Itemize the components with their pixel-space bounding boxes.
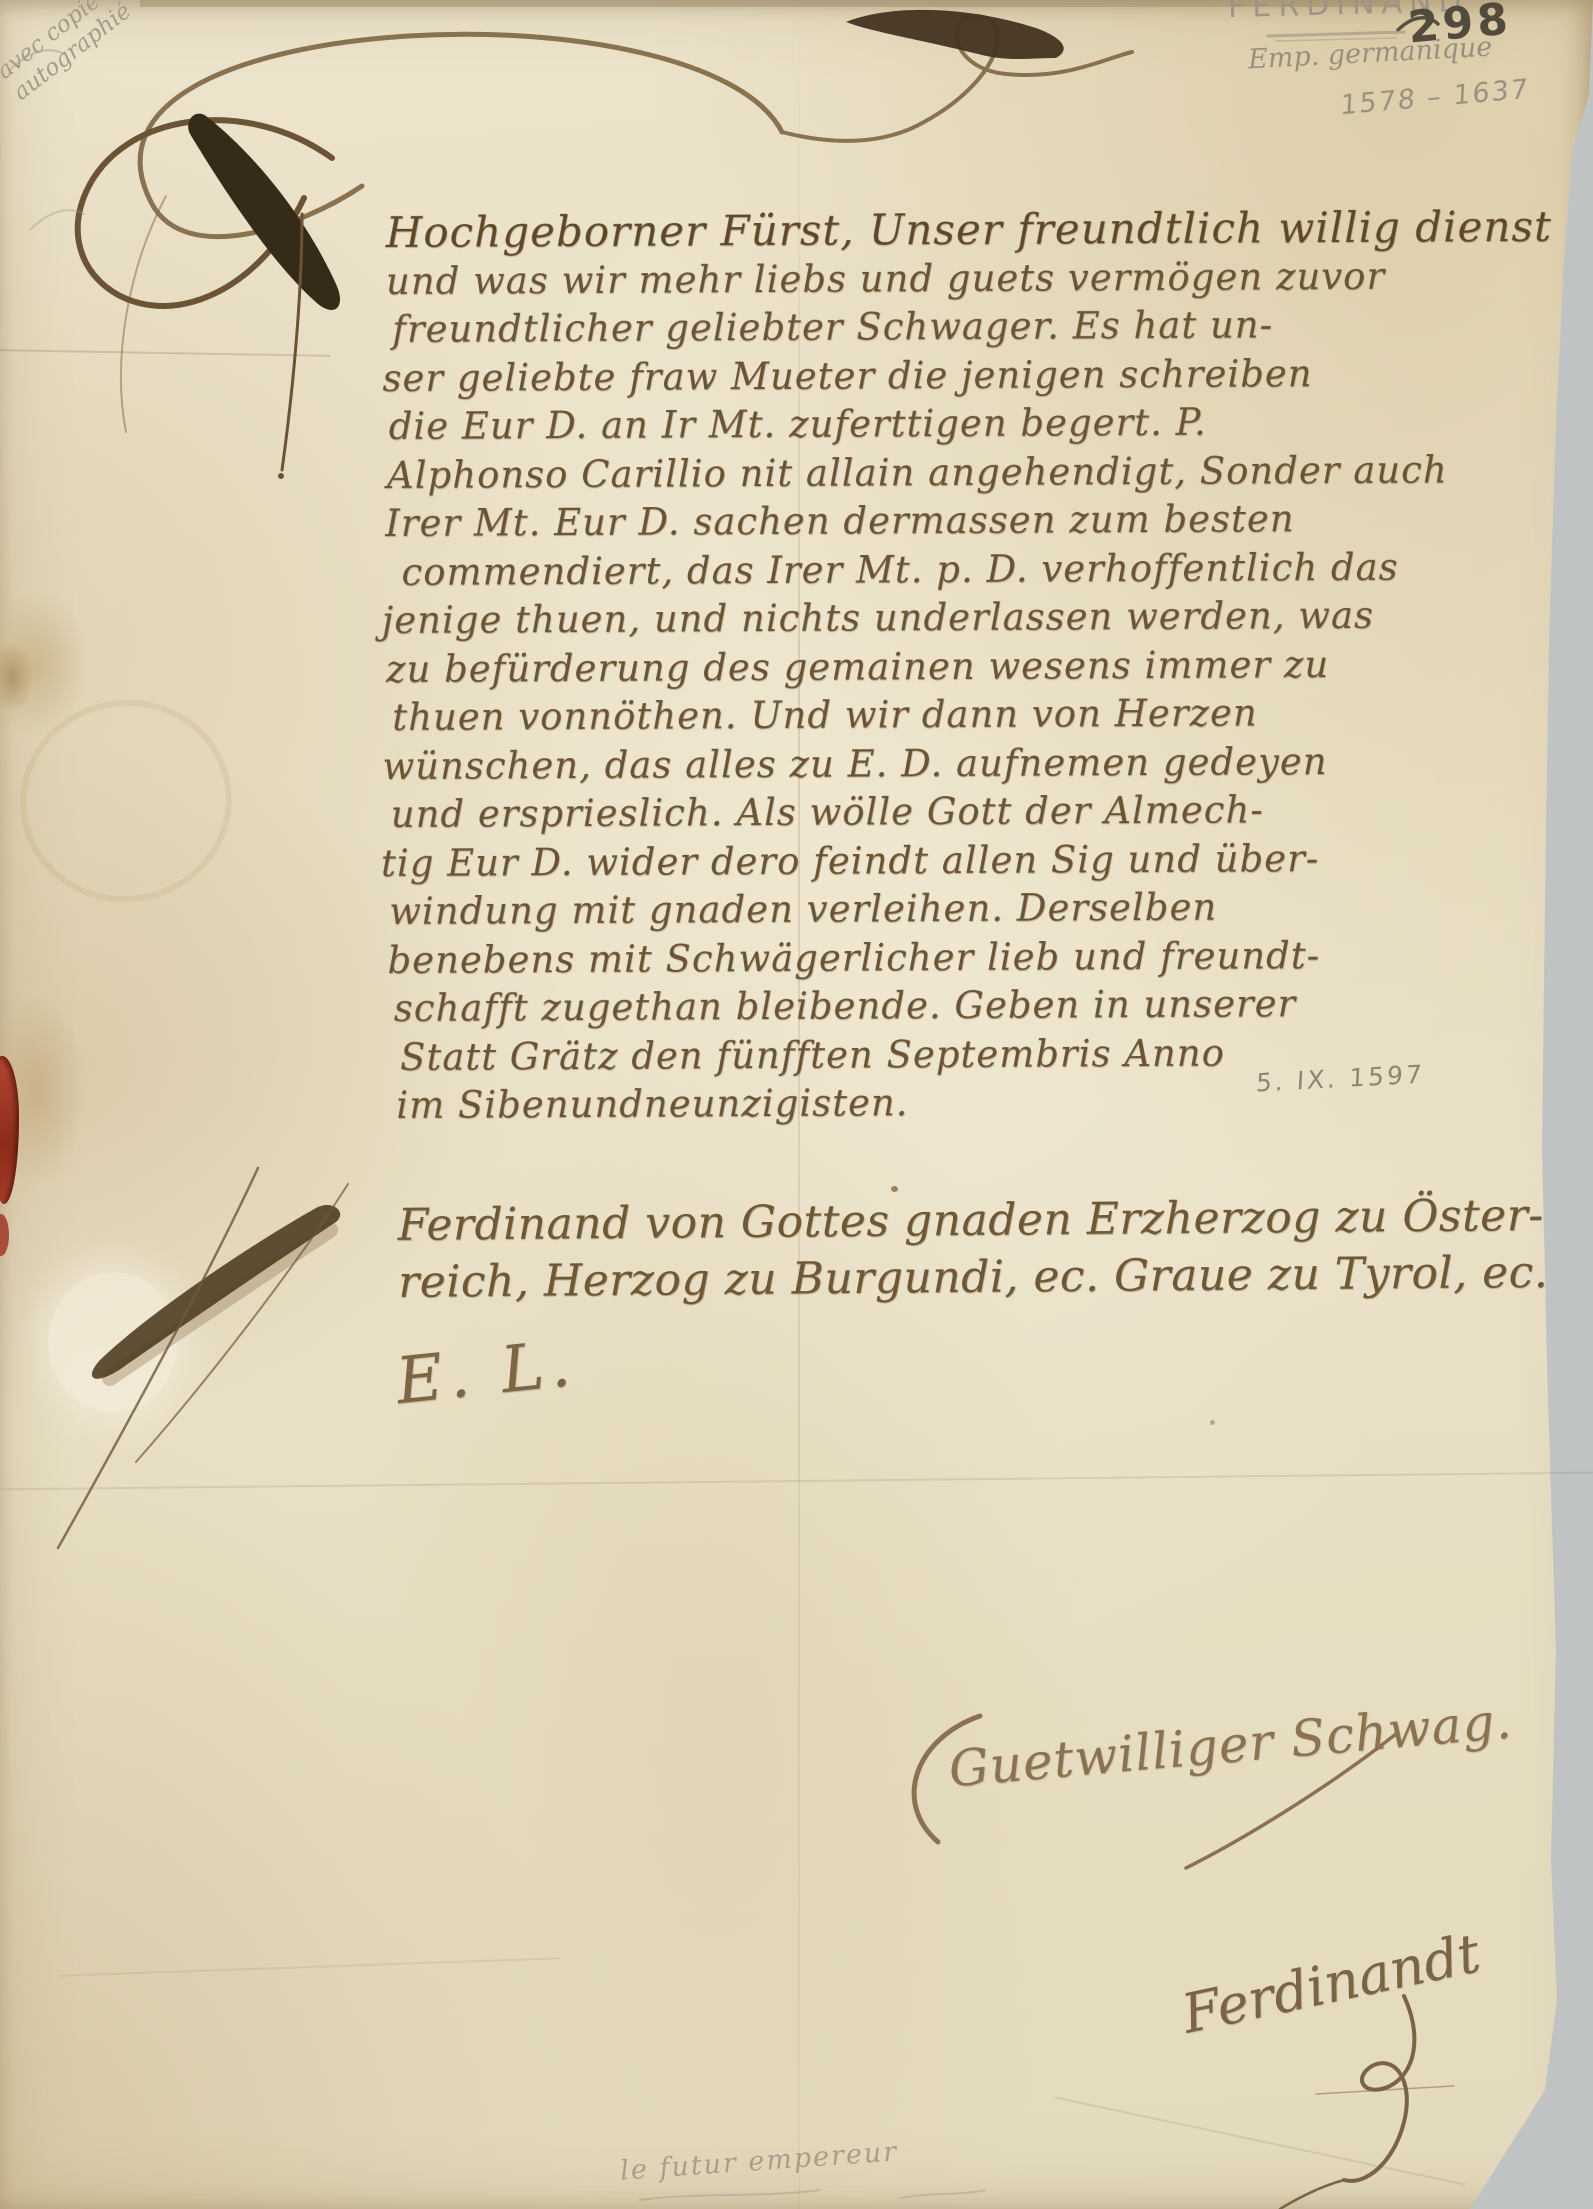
letter-line: benebens mit Schwägerlicher lieb und fre… xyxy=(387,931,1519,985)
letter-line: jenige thuen, und nichts underlassen wer… xyxy=(382,591,1518,645)
letter-line: commendiert, das Irer Mt. p. D. verhoffe… xyxy=(401,543,1517,597)
letter-line: Irer Mt. Eur D. sachen dermassen zum bes… xyxy=(385,494,1517,548)
letter-line: und ersprieslich. Als wölle Gott der Alm… xyxy=(391,785,1519,839)
scanned-document: avec copie autographié FERDINAND 298 Emp… xyxy=(0,0,1593,2209)
letter-line: die Eur D. an Ir Mt. zuferttigen begert.… xyxy=(389,397,1517,451)
closing-line: reich, Herzog zu Burgundi, ec. Graue zu … xyxy=(398,1244,1528,1311)
letter-line: tig Eur D. wider dero feindt allen Sig u… xyxy=(381,834,1519,888)
letter-line: zu befürderung des gemainen wesens immer… xyxy=(386,640,1518,694)
letter-line: Hochgeborner Fürst, Unser freundtlich wi… xyxy=(386,203,1516,257)
letter-line: windung mit gnaden verleihen. Derselben xyxy=(389,882,1519,936)
letter-line: im Sibenundneunzigisten. xyxy=(396,1076,1520,1130)
letter-body: Hochgeborner Fürst, Unser freundtlich wi… xyxy=(386,203,1521,1130)
closing-block: Ferdinand von Gottes gnaden Erzherzog zu… xyxy=(398,1187,1529,1311)
letter-line: ser geliebte fraw Mueter die jenigen sch… xyxy=(382,349,1516,403)
letter-line: und was wir mehr liebs und guets vermöge… xyxy=(386,252,1516,306)
letter-line: wünschen, das alles zu E. D. aufnemen ge… xyxy=(382,737,1518,791)
letter-line: freundtlicher geliebter Schwager. Es hat… xyxy=(392,300,1516,354)
letter-line: thuen vonnöthen. Und wir dann von Herzen xyxy=(392,688,1518,742)
closing-line: Ferdinand von Gottes gnaden Erzherzog zu… xyxy=(398,1187,1528,1254)
letter-line: Alphonso Carillio nit allain angehendigt… xyxy=(387,446,1517,500)
letter-line: schafft zugethan bleibende. Geben in uns… xyxy=(394,979,1520,1033)
letter-line: Statt Grätz den fünfften Septembris Anno xyxy=(400,1028,1520,1082)
